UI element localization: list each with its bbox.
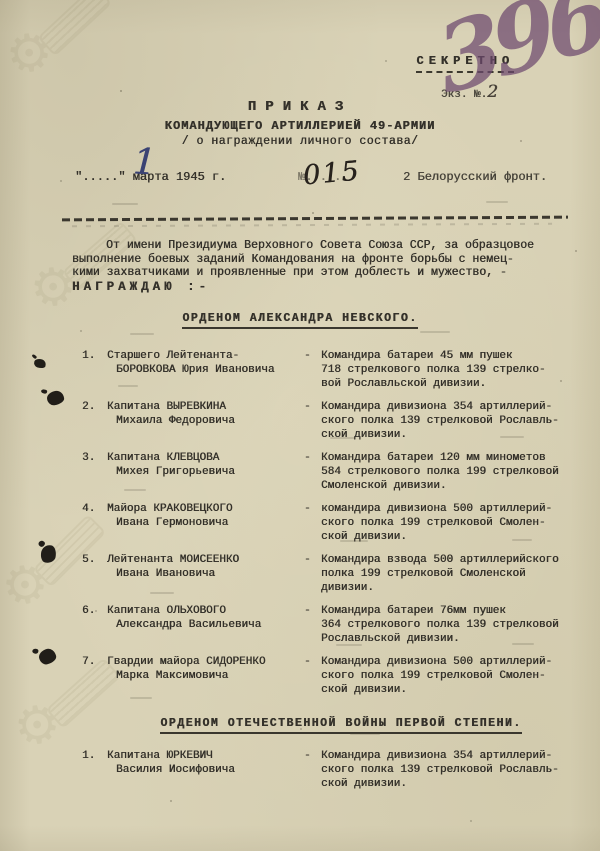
classification-stamp: СЕКРЕТНО: [416, 54, 514, 73]
entry-number: 1.: [82, 349, 107, 363]
entry-recipient: Старшего Лейтенанта- БОРОВКОВА Юрия Иван…: [107, 349, 304, 377]
entry-number: 1.: [82, 749, 107, 763]
section-heading-text: ОРДЕНОМ ОТЕЧЕСТВЕННОЙ ВОЙНЫ ПЕРВОЙ СТЕПЕ…: [160, 717, 521, 734]
entry-position: Командира дивизиона 354 артиллерий- ског…: [321, 400, 571, 442]
entry-dash: -: [304, 553, 321, 567]
entry-recipient: Капитана ОЛЬХОВОГО Александра Васильевич…: [107, 604, 304, 632]
award-entry: 1. Старшего Лейтенанта- БОРОВКОВА Юрия И…: [82, 349, 600, 391]
award-entry: 3. Капитана КЛЕВЦОВА Михея Григорьевича …: [82, 451, 600, 493]
bleed-through-mark: [350, 733, 380, 735]
entry-dash: -: [304, 604, 321, 618]
watermark-banner: [37, 0, 112, 56]
watermark: ⚙: [3, 25, 56, 83]
award-entry: 1. Капитана ЮРКЕВИЧ Василия Иосифовича -…: [82, 749, 600, 791]
handwritten-day: 1: [132, 141, 157, 183]
bleed-through-mark: [130, 697, 152, 699]
section-heading-text: ОРДЕНОМ АЛЕКСАНДРА НЕВСКОГО.: [182, 312, 417, 329]
bleed-through-mark: [330, 437, 356, 439]
award-entry: 4. Майора КРАКОВЕЦКОГО Ивана Гермоновича…: [82, 502, 600, 544]
entry-recipient: Майора КРАКОВЕЦКОГО Ивана Гермоновича: [107, 502, 304, 530]
entry-number: 5.: [82, 553, 107, 567]
entry-position: командира дивизиона 500 артиллерий- ског…: [321, 502, 571, 544]
section-heading-otechestvennaya: ОРДЕНОМ ОТЕЧЕСТВЕННОЙ ВОЙНЫ ПЕРВОЙ СТЕПЕ…: [82, 713, 600, 734]
entry-recipient: Гвардии майора СИДОРЕНКО Марка Максимови…: [107, 655, 304, 683]
entry-dash: -: [304, 655, 321, 669]
entry-dash: -: [304, 749, 321, 763]
entry-recipient: Капитана КЛЕВЦОВА Михея Григорьевича: [107, 451, 304, 479]
section-heading-nevsky: ОРДЕНОМ АЛЕКСАНДРА НЕВСКОГО.: [0, 308, 600, 329]
entry-dash: -: [304, 502, 321, 516]
order-title: ПРИКАЗ: [0, 99, 600, 115]
bleed-through-mark: [500, 436, 524, 438]
bleed-through-mark: [130, 333, 154, 335]
recipient-name: Марка Максимовича: [107, 669, 304, 683]
entry-dash: -: [304, 400, 321, 414]
bleed-through-mark: [512, 539, 532, 541]
award-word: НАГРАЖДАЮ :-: [72, 280, 210, 294]
entry-position: Командира батареи 76мм пушек 364 стрелко…: [321, 604, 571, 646]
order-issuer: КОМАНДУЮЩЕГО АРТИЛЛЕРИЕЙ 49-АРМИИ: [0, 119, 600, 133]
recipient-rank: Майора КРАКОВЕЦКОГО: [107, 502, 304, 516]
recipient-name: Михея Григорьевича: [107, 465, 304, 479]
entry-recipient: Капитана ЮРКЕВИЧ Василия Иосифовича: [107, 749, 304, 777]
award-entry: 5. Лейтенанта МОИСЕЕНКО Ивана Ивановича …: [82, 553, 600, 595]
recipient-name: Ивана Ивановича: [107, 567, 304, 581]
dashed-separator: [62, 216, 568, 222]
entry-number: 7.: [82, 655, 107, 669]
recipient-rank: Гвардии майора СИДОРЕНКО: [107, 655, 304, 669]
recipient-name: Александра Васильевича: [107, 618, 304, 632]
recipient-rank: Капитана КЛЕВЦОВА: [107, 451, 304, 465]
entry-position: Командира дивизиона 354 артиллерий- ског…: [321, 749, 571, 791]
recipient-rank: Капитана ВЫРЕВКИНА: [107, 400, 304, 414]
entry-position: Командира дивизиона 500 артиллерий- ског…: [321, 655, 571, 697]
bleed-through-mark: [486, 201, 508, 203]
award-entry: 7. Гвардии майора СИДОРЕНКО Марка Максим…: [82, 655, 600, 697]
order-title-block: ПРИКАЗ КОМАНДУЮЩЕГО АРТИЛЛЕРИЕЙ 49-АРМИИ…: [0, 99, 600, 148]
recipient-rank: Капитана ОЛЬХОВОГО: [107, 604, 304, 618]
entry-recipient: Капитана ВЫРЕВКИНА Михаила Федоровича: [107, 400, 304, 428]
award-entry: 6. Капитана ОЛЬХОВОГО Александра Василье…: [82, 604, 600, 646]
entry-recipient: Лейтенанта МОИСЕЕНКО Ивана Ивановича: [107, 553, 304, 581]
preamble-text: От имени Президиума Верховного Совета Со…: [72, 239, 568, 280]
paper-speckles: [0, 0, 2, 2]
entry-dash: -: [304, 349, 321, 363]
entry-number: 2.: [82, 400, 107, 414]
bleed-through-mark: [118, 385, 138, 387]
bleed-through-mark: [150, 592, 174, 594]
entry-number: 4.: [82, 502, 107, 516]
entry-position: Командира взвода 500 артиллерийского пол…: [321, 553, 571, 595]
handwritten-order-number: 015: [302, 156, 362, 192]
recipient-rank: Капитана ЮРКЕВИЧ: [107, 749, 304, 763]
bleed-through-mark: [512, 643, 534, 645]
entries-list: 1. Старшего Лейтенанта- БОРОВКОВА Юрия И…: [0, 349, 600, 791]
entry-position: Командира батареи 120 мм минометов 584 с…: [321, 451, 571, 493]
bleed-through-mark: [420, 331, 450, 333]
front-name: 2 Белорусский фронт.: [403, 170, 547, 184]
entry-number: 3.: [82, 451, 107, 465]
bleed-through-mark: [124, 489, 146, 491]
recipient-name: Василия Иосифовича: [107, 763, 304, 777]
bleed-through-mark: [336, 644, 362, 646]
recipient-name: Ивана Гермоновича: [107, 516, 304, 530]
entry-dash: -: [304, 451, 321, 465]
entry-position: Командира батареи 45 мм пушек 718 стрелк…: [321, 349, 571, 391]
entry-number: 6.: [82, 604, 107, 618]
document-page: ⚙ ⚙ ⚙ ⚙ СЕКРЕТНО Экз. №.2 396 ПРИКАЗ КОМ…: [0, 0, 600, 851]
bleed-through-mark: [112, 203, 138, 205]
award-sections: ОРДЕНОМ АЛЕКСАНДРА НЕВСКОГО. 1. Старшего…: [0, 308, 600, 800]
recipient-rank: Старшего Лейтенанта-: [107, 349, 304, 363]
order-subject: / о награждении личного состава/: [0, 135, 600, 148]
bleed-through-mark: [340, 540, 368, 542]
gear-watermark-icon: ⚙: [2, 21, 57, 87]
recipient-name: БОРОВКОВА Юрия Ивановича: [107, 363, 304, 377]
recipient-rank: Лейтенанта МОИСЕЕНКО: [107, 553, 304, 567]
recipient-name: Михаила Федоровича: [107, 414, 304, 428]
